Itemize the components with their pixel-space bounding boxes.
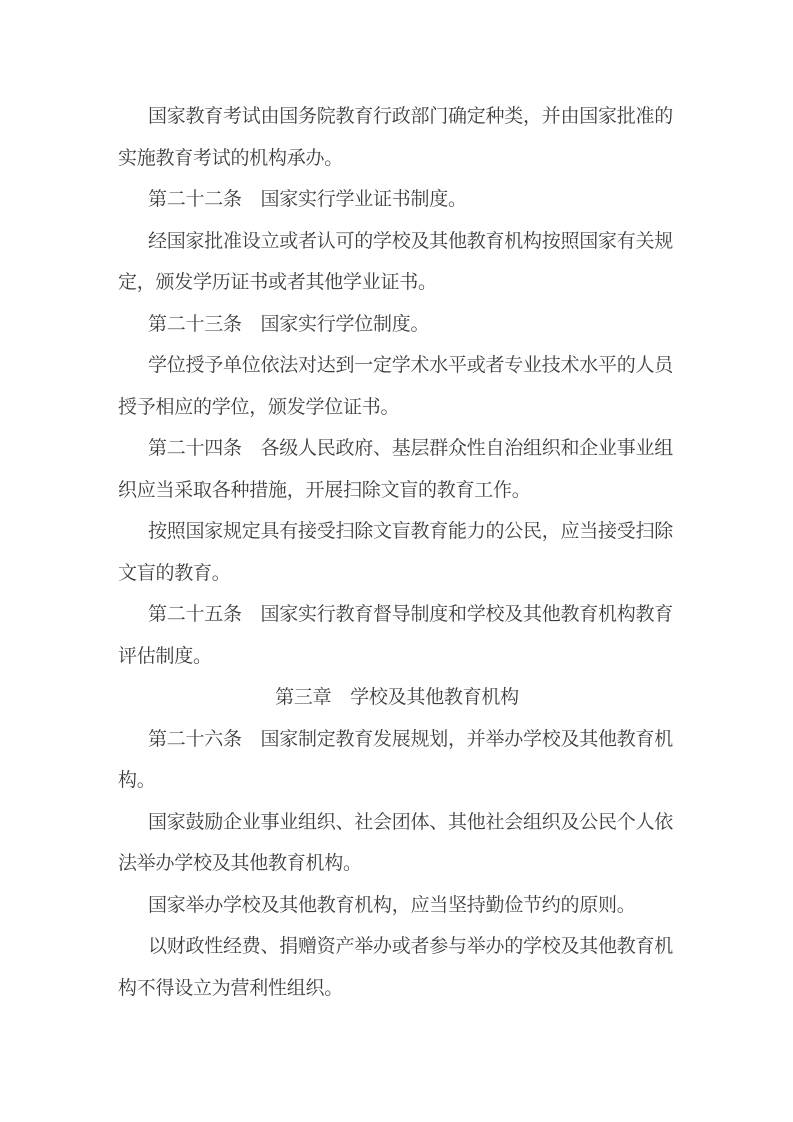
document-text-line: 定，颁发学历证书或者其他学业证书。 [118, 262, 676, 304]
document-text-line: 第二十六条 国家制定教育发展规划，并举办学校及其他教育机 [118, 719, 676, 761]
document-text-line: 构不得设立为营利性组织。 [118, 968, 676, 1010]
document-text-line: 第二十二条 国家实行学业证书制度。 [118, 179, 676, 221]
document-text-line: 以财政性经费、捐赠资产举办或者参与举办的学校及其他教育机 [118, 926, 676, 968]
document-text-line: 按照国家规定具有接受扫除文盲教育能力的公民，应当接受扫除 [118, 511, 676, 553]
document-text-line: 构。 [118, 760, 676, 802]
document-text-line: 文盲的教育。 [118, 553, 676, 595]
document-text-line: 法举办学校及其他教育机构。 [118, 843, 676, 885]
document-text-line: 织应当采取各种措施，开展扫除文盲的教育工作。 [118, 470, 676, 512]
document-text-line: 第二十四条 各级人民政府、基层群众性自治组织和企业事业组 [118, 428, 676, 470]
chapter-heading: 第三章 学校及其他教育机构 [118, 677, 676, 719]
document-text-line: 评估制度。 [118, 636, 676, 678]
document-body: 国家教育考试由国务院教育行政部门确定种类，并由国家批准的实施教育考试的机构承办。… [118, 96, 676, 1009]
document-text-line: 第二十三条 国家实行学位制度。 [118, 304, 676, 346]
document-text-line: 国家鼓励企业事业组织、社会团体、其他社会组织及公民个人依 [118, 802, 676, 844]
document-text-line: 国家举办学校及其他教育机构，应当坚持勤俭节约的原则。 [118, 885, 676, 927]
document-text-line: 国家教育考试由国务院教育行政部门确定种类，并由国家批准的 [118, 96, 676, 138]
document-text-line: 学位授予单位依法对达到一定学术水平或者专业技术水平的人员 [118, 345, 676, 387]
document-text-line: 授予相应的学位，颁发学位证书。 [118, 387, 676, 429]
document-text-line: 经国家批准设立或者认可的学校及其他教育机构按照国家有关规 [118, 221, 676, 263]
document-text-line: 第二十五条 国家实行教育督导制度和学校及其他教育机构教育 [118, 594, 676, 636]
document-page: 国家教育考试由国务院教育行政部门确定种类，并由国家批准的实施教育考试的机构承办。… [0, 0, 793, 1122]
document-text-line: 实施教育考试的机构承办。 [118, 138, 676, 180]
